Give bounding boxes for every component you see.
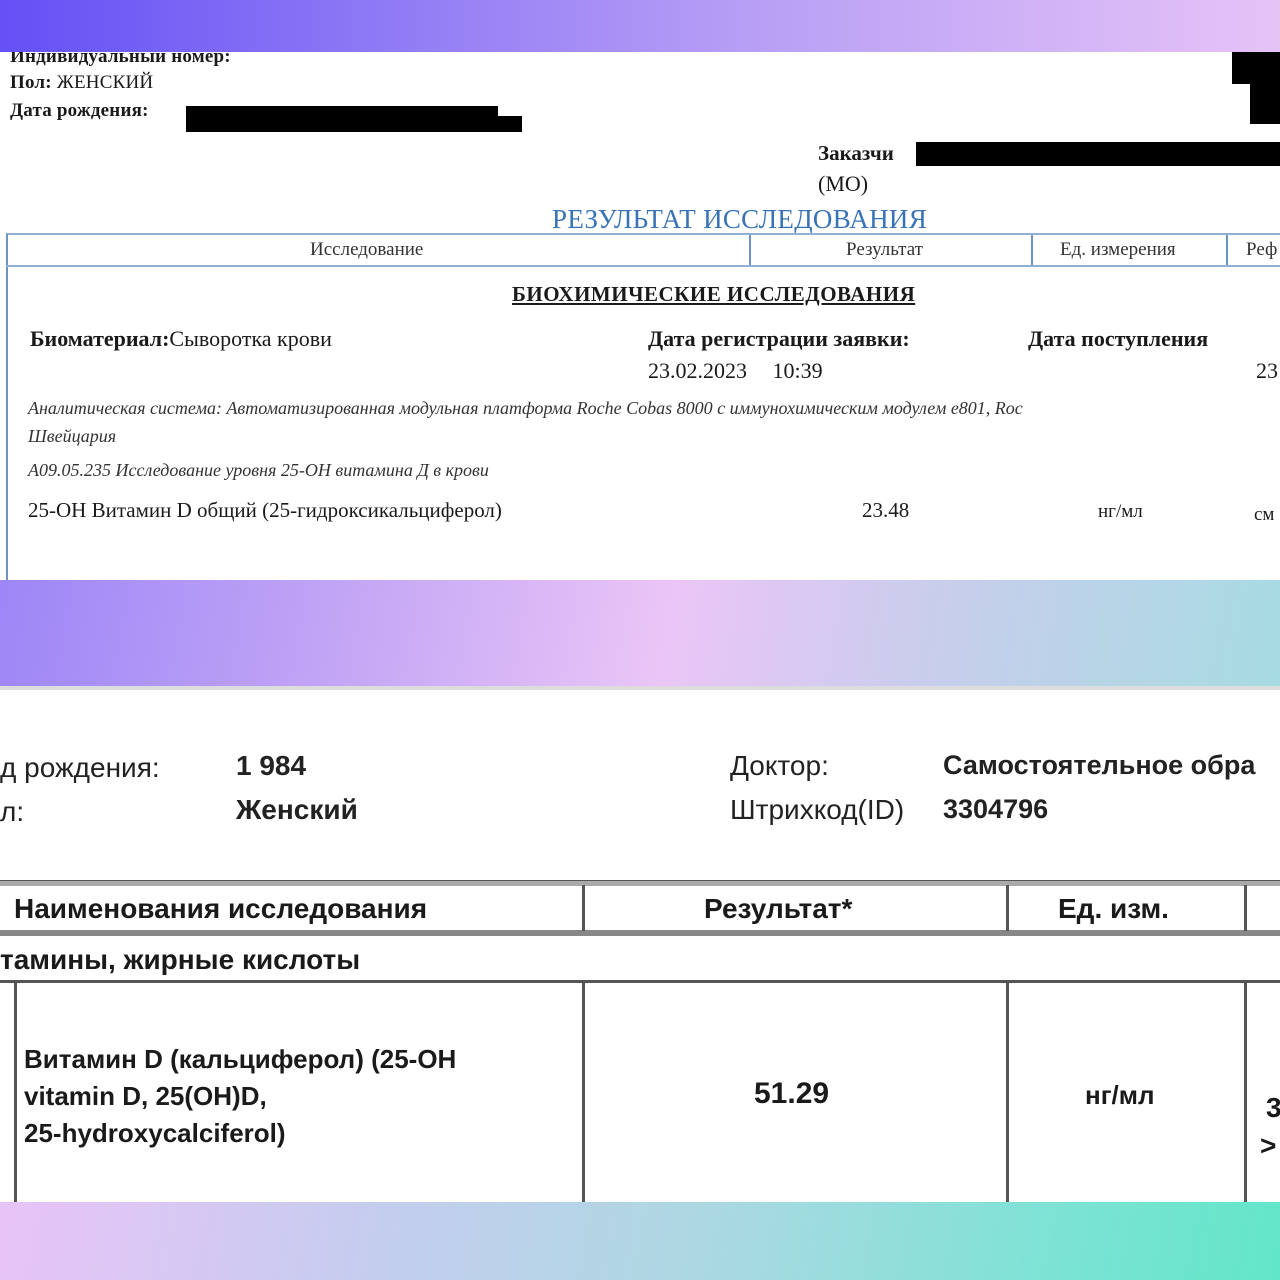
receipt-date-label: Дата поступления	[1028, 326, 1208, 352]
receipt-date-value: 23	[1256, 358, 1278, 384]
sex-value: Женский	[236, 794, 358, 826]
column-header-unit: Ед. измерения	[1060, 239, 1176, 261]
column-divider	[1006, 983, 1009, 1202]
test-reference-partial: 3	[1266, 1092, 1280, 1124]
column-divider	[14, 983, 17, 1202]
biomaterial-label: Биоматериал:	[30, 326, 169, 351]
birth-year-label: д рождения:	[0, 752, 160, 784]
biomaterial-value: Сыворотка крови	[169, 326, 332, 351]
column-header-unit: Ед. изм.	[1058, 893, 1169, 925]
barcode-label: Штрихкод(ID)	[730, 794, 904, 826]
column-divider	[582, 983, 585, 1202]
column-divider	[1031, 235, 1033, 265]
registration-datetime: 23.02.2023 10:39	[648, 358, 823, 384]
column-header-study: Исследование	[310, 239, 423, 261]
registration-date-value: 23.02.2023	[648, 358, 747, 383]
doctor-label: Доктор:	[730, 750, 829, 782]
sex-label: л:	[0, 796, 24, 828]
test-result: 23.48	[862, 498, 909, 523]
customer-label: Заказчи	[818, 141, 894, 166]
patient-sex: Пол: ЖЕНСКИЙ	[10, 72, 153, 94]
redaction-bar	[916, 142, 1280, 166]
doctor-value: Самостоятельное обра	[943, 750, 1255, 781]
test-name-line: vitamin D, 25(OH)D,	[24, 1078, 456, 1115]
redaction-bar	[186, 116, 522, 132]
lab-report-1: Индивидуальный номер: Пол: ЖЕНСКИЙ Дата …	[0, 52, 1280, 580]
registration-date-label: Дата регистрации заявки:	[648, 326, 910, 352]
test-reference-partial: >	[1260, 1130, 1276, 1162]
report-title: РЕЗУЛЬТАТ ИССЛЕДОВАНИЯ	[552, 204, 927, 235]
redaction-bar	[1250, 72, 1280, 124]
gradient-band-top	[0, 0, 1280, 52]
test-name-line: 25-hydroxycalciferol)	[24, 1115, 456, 1152]
customer-suffix: (МО)	[818, 171, 868, 197]
test-unit: нг/мл	[1098, 501, 1143, 523]
test-result: 51.29	[754, 1077, 829, 1111]
column-divider	[1244, 983, 1247, 1202]
patient-dob-label: Дата рождения:	[10, 100, 149, 122]
column-divider	[1006, 885, 1009, 931]
section-title: БИОХИМИЧЕСКИЕ ИССЛЕДОВАНИЯ	[512, 282, 915, 307]
birth-year-value: 1 984	[236, 750, 306, 782]
section-title: тамины, жирные кислоты	[0, 944, 360, 976]
table-border	[0, 880, 1280, 886]
registration-time-value: 10:39	[773, 358, 823, 383]
biomaterial: Биоматериал:Сыворотка крови	[30, 326, 332, 352]
test-name-line: Витамин D (кальциферол) (25-OH	[24, 1041, 456, 1078]
column-divider	[749, 235, 751, 265]
test-name: 25-ОН Витамин D общий (25-гидроксикальци…	[28, 498, 502, 523]
lab-report-2: д рождения: 1 984 л: Женский Доктор: Сам…	[0, 686, 1280, 1202]
column-divider	[1244, 885, 1247, 931]
patient-sex-value: ЖЕНСКИЙ	[57, 72, 154, 93]
test-name: Витамин D (кальциферол) (25-OH vitamin D…	[24, 1041, 456, 1152]
column-header-study: Наименования исследования	[14, 893, 427, 925]
barcode-value: 3304796	[943, 794, 1048, 825]
patient-sex-label: Пол:	[10, 72, 52, 93]
column-header-result: Результат*	[704, 893, 852, 925]
patient-id-label: Индивидуальный номер:	[10, 52, 231, 68]
gradient-band-middle	[0, 580, 1280, 686]
analytic-system: Аналитическая система: Автоматизированна…	[28, 398, 1023, 419]
column-header-reference: Реф	[1246, 239, 1277, 261]
test-code: A09.05.235 Исследование уровня 25-ОН вит…	[28, 460, 489, 481]
table-border	[0, 980, 1280, 983]
table-border	[0, 930, 1280, 936]
analytic-system-continued: Швейцария	[28, 426, 116, 447]
test-reference: см	[1254, 504, 1274, 526]
column-divider	[1226, 235, 1228, 265]
column-header-result: Результат	[846, 239, 923, 261]
column-divider	[582, 885, 585, 931]
test-unit: нг/мл	[1085, 1080, 1155, 1111]
gradient-band-bottom	[0, 1198, 1280, 1280]
